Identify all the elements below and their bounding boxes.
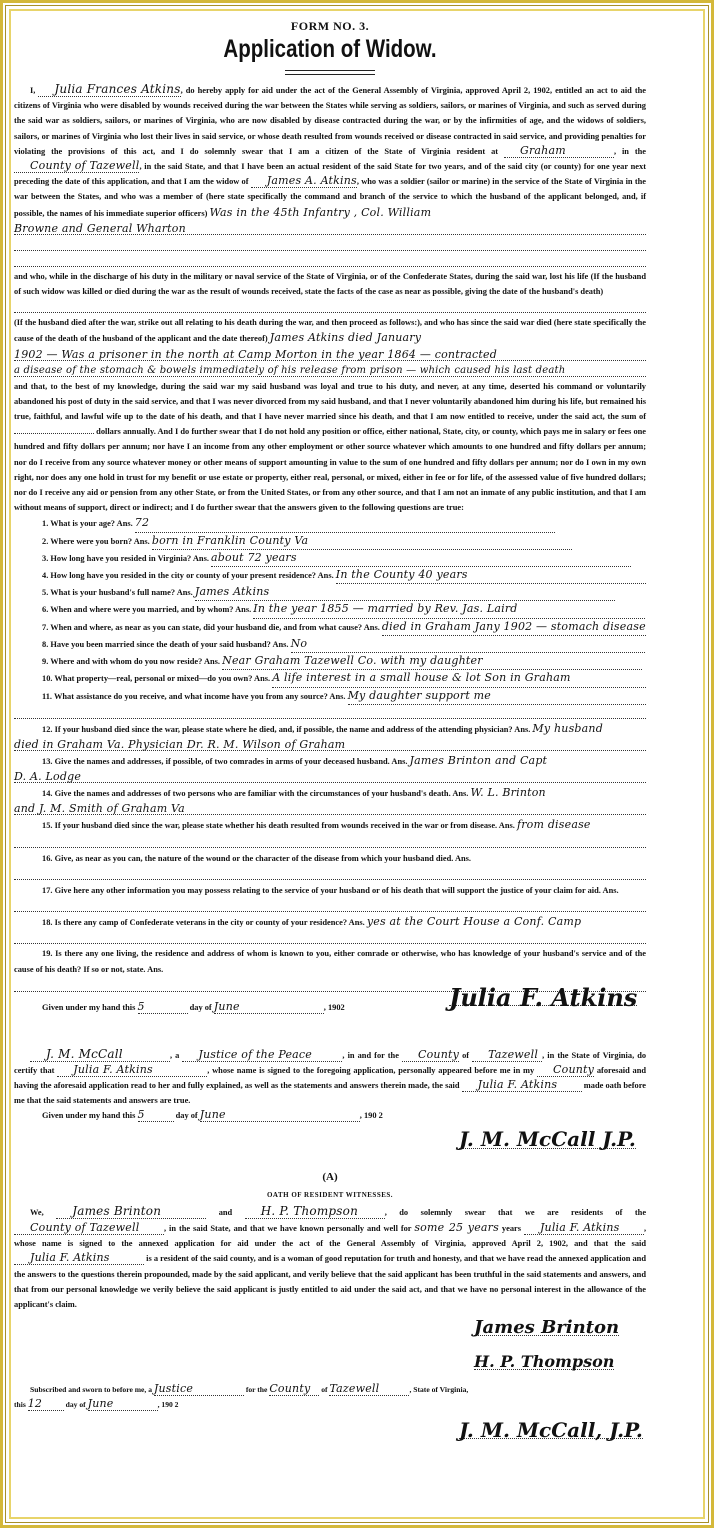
- answer-continuation-line: died in Graham Va. Physician Dr. R. M. W…: [14, 737, 646, 751]
- question-text: Is there any one living, the residence a…: [14, 949, 646, 974]
- applicant-given-row: Given under my hand this 5 day of June, …: [14, 1000, 646, 1034]
- question-row: 12. If your husband died since the war, …: [14, 721, 646, 737]
- final-signature-row: J. M. McCall, J.P.: [14, 1413, 646, 1473]
- answer-continuation-line: and J. M. Smith of Graham Va: [14, 801, 646, 815]
- question-text: How long have you resided in the city or…: [50, 571, 316, 580]
- question-row: 7. When and where, as near as you can st…: [14, 619, 646, 636]
- subscribed-block: Subscribed and sworn to before me, a Jus…: [14, 1382, 646, 1412]
- question-row: 11. What assistance do you receive, and …: [14, 688, 646, 705]
- question-row: 6. When and where were you married, and …: [14, 601, 646, 618]
- answer-text: In the County 40 years: [336, 568, 468, 581]
- blank-line: [14, 237, 646, 251]
- question-row: 19. Is there any one living, the residen…: [14, 946, 646, 977]
- witness-1-signature: James Brinton: [474, 1320, 619, 1336]
- question-text: If your husband died since the war, plea…: [55, 821, 498, 830]
- residence-county: County of Tazewell: [30, 159, 139, 172]
- questions-list: 1. What is your age? Ans. 722. Where wer…: [14, 515, 646, 718]
- witness-oath-paragraph: We, James Brinton and H. P. Thompson, do…: [14, 1205, 646, 1312]
- answer-text: James Atkins: [195, 585, 270, 598]
- question-row: 15. If your husband died since the war, …: [14, 817, 646, 833]
- question-text: What assistance do you receive, and what…: [54, 692, 328, 701]
- justice-signature: J. M. McCall J.P.: [459, 1132, 636, 1148]
- question-row: 9. Where and with whom do you now reside…: [14, 653, 646, 670]
- given-month: June: [214, 1000, 240, 1013]
- answer-continuation-line: [14, 930, 646, 944]
- answer-text: In the year 1855 — married by Rev. Jas. …: [253, 602, 517, 615]
- cert-applicant-2: Julia F. Atkins: [478, 1078, 558, 1091]
- cert-jurisdiction: County: [418, 1048, 459, 1061]
- question-text: Give the names and addresses, if possibl…: [55, 757, 390, 766]
- witness-residence: County of Tazewell: [30, 1221, 139, 1234]
- answer-text: No: [291, 637, 308, 650]
- given-day: 5: [138, 1000, 145, 1013]
- command-line-1: Was in the 45th Infantry , Col. William: [209, 206, 431, 219]
- question-text: Give here any other information you may …: [55, 886, 601, 895]
- oath-applicant: Julia F. Atkins: [540, 1221, 620, 1234]
- cert-applicant: Julia F. Atkins: [73, 1063, 153, 1076]
- subscribed-month: June: [88, 1397, 114, 1410]
- answer-continuation-line: [14, 866, 646, 880]
- question-text: What is your husband's full name?: [50, 588, 175, 597]
- subscribed-day: 12: [28, 1397, 42, 1410]
- answer-text-2: and J. M. Smith of Graham Va: [14, 802, 185, 815]
- question-text: Have you been married since the death of…: [50, 640, 270, 649]
- death-line-1: James Atkins died January: [270, 331, 421, 344]
- question-row: 13. Give the names and addresses, if pos…: [14, 753, 646, 769]
- certification-given-row: Given under my hand this 5 day of June, …: [14, 1108, 646, 1164]
- question-row: 8. Have you been married since the death…: [14, 636, 646, 653]
- resident-at: Graham: [520, 144, 566, 157]
- witness-2-signature: H. P. Thompson: [474, 1354, 614, 1370]
- blank-line: [14, 299, 646, 313]
- subscribed-county: Tazewell: [329, 1382, 379, 1395]
- answer-text: My daughter support me: [348, 689, 491, 702]
- question-text: Where and with whom do you now reside?: [50, 657, 202, 666]
- question-row: 2. Where were you born? Ans. born in Fra…: [14, 533, 646, 550]
- death-line-3: a disease of the stomach & bowels immedi…: [14, 365, 565, 376]
- answer-text-2: died in Graham Va. Physician Dr. R. M. W…: [14, 738, 345, 751]
- question-row: 3. How long have you resided in Virginia…: [14, 550, 646, 567]
- question-text: How long have you resided in Virginia?: [50, 554, 191, 563]
- question-row: 14. Give the names and addresses of two …: [14, 785, 646, 801]
- blank-line: [14, 253, 646, 267]
- question-row: 18. Is there any camp of Confederate vet…: [14, 914, 646, 930]
- answer-text: from disease: [517, 818, 591, 831]
- form-number: FORM NO. 3.: [14, 18, 646, 34]
- applicant-signature: Julia F. Atkins: [449, 990, 637, 1006]
- answer-text: about 72 years: [211, 551, 297, 564]
- applicant-name: Julia Frances Atkins: [54, 82, 180, 96]
- question-text: When and where, as near as you can state…: [50, 623, 362, 632]
- question-text: Where were you born?: [50, 537, 132, 546]
- section-a-label: (A): [14, 1170, 646, 1185]
- certification-paragraph: J. M. McCall, a Justice of the Peace, in…: [14, 1048, 646, 1109]
- witness-signatures: James Brinton H. P. Thompson: [14, 1312, 646, 1382]
- answer-text: yes at the Court House a Conf. Camp: [367, 915, 581, 928]
- oath-title: OATH OF RESIDENT WITNESSES.: [14, 1188, 646, 1203]
- question-text: If your husband died since the war, plea…: [55, 725, 513, 734]
- question-text: What is your age?: [50, 519, 115, 528]
- question-text: What property—real, personal or mixed—do…: [54, 674, 252, 683]
- cert-place: County: [553, 1063, 594, 1076]
- cert-day: 5: [138, 1108, 145, 1121]
- known-duration: some 25 years: [414, 1221, 499, 1234]
- answer-text: died in Graham Jany 1902 — stomach disea…: [382, 620, 646, 633]
- question-row: 16. Give, as near as you can, the nature…: [14, 850, 646, 866]
- subscribed-jurisdiction: County: [269, 1382, 310, 1395]
- answer-text: W. L. Brinton: [471, 786, 546, 799]
- oath-applicant-2: Julia F. Atkins: [30, 1251, 110, 1264]
- title-rule: [285, 70, 375, 75]
- death-during-war-paragraph: and who, while in the discharge of his d…: [14, 269, 646, 299]
- subscribed-officer: Justice: [154, 1382, 193, 1395]
- cert-month: June: [200, 1108, 226, 1121]
- final-justice-signature: J. M. McCall, J.P.: [459, 1423, 643, 1439]
- questions-long-list: 12. If your husband died since the war, …: [14, 721, 646, 992]
- cert-county: Tazewell: [488, 1048, 538, 1061]
- answer-continuation-line: [14, 898, 646, 912]
- death-after-war-paragraph: (If the husband died after the war, stri…: [14, 315, 646, 346]
- command-line-2: Browne and General Wharton: [14, 222, 186, 235]
- question-row: 5. What is your husband's full name? Ans…: [14, 584, 646, 601]
- witness-2-name: H. P. Thompson: [261, 1204, 358, 1218]
- oath-paragraph: and that, to the best of my knowledge, d…: [14, 379, 646, 516]
- answer-text: Near Graham Tazewell Co. with my daughte…: [222, 654, 483, 667]
- question-text: Give, as near as you can, the nature of …: [55, 854, 454, 863]
- answer-continuation-line: [14, 834, 646, 848]
- official-title: Justice of the Peace: [198, 1048, 312, 1061]
- death-line-2: 1902 — Was a prisoner in the north at Ca…: [14, 348, 497, 361]
- witness-1-name: James Brinton: [72, 1204, 161, 1218]
- question-text: When and where were you married, and by …: [50, 605, 233, 614]
- answer-text: A life interest in a small house & lot S…: [272, 671, 570, 684]
- question-row: 10. What property—real, personal or mixe…: [14, 670, 646, 687]
- question-row: 1. What is your age? Ans. 72: [14, 515, 646, 532]
- answer-continuation-line: D. A. Lodge: [14, 769, 646, 783]
- answer-text-2: D. A. Lodge: [14, 770, 81, 783]
- application-page: FORM NO. 3. Application of Widow. I, Jul…: [14, 10, 646, 1473]
- official-name: J. M. McCall: [46, 1047, 123, 1061]
- question-row: 4. How long have you resided in the city…: [14, 567, 646, 584]
- answer-text: born in Franklin County Va: [152, 534, 308, 547]
- question-row: 17. Give here any other information you …: [14, 882, 646, 898]
- husband-name: James A. Atkins: [267, 174, 357, 187]
- document-title: Application of Widow.: [71, 34, 589, 64]
- answer-text: James Brinton and Capt: [410, 754, 548, 767]
- question-text: Is there any camp of Confederate veteran…: [55, 918, 347, 927]
- intro-paragraph: I, Julia Frances Atkins, do hereby apply…: [14, 83, 646, 221]
- annual-sum-blank: [14, 433, 94, 434]
- intro-label: I,: [30, 86, 35, 95]
- question-text: Give the names and addresses of two pers…: [55, 789, 451, 798]
- answer-text: 72: [135, 516, 149, 529]
- answer-text: My husband: [532, 722, 603, 735]
